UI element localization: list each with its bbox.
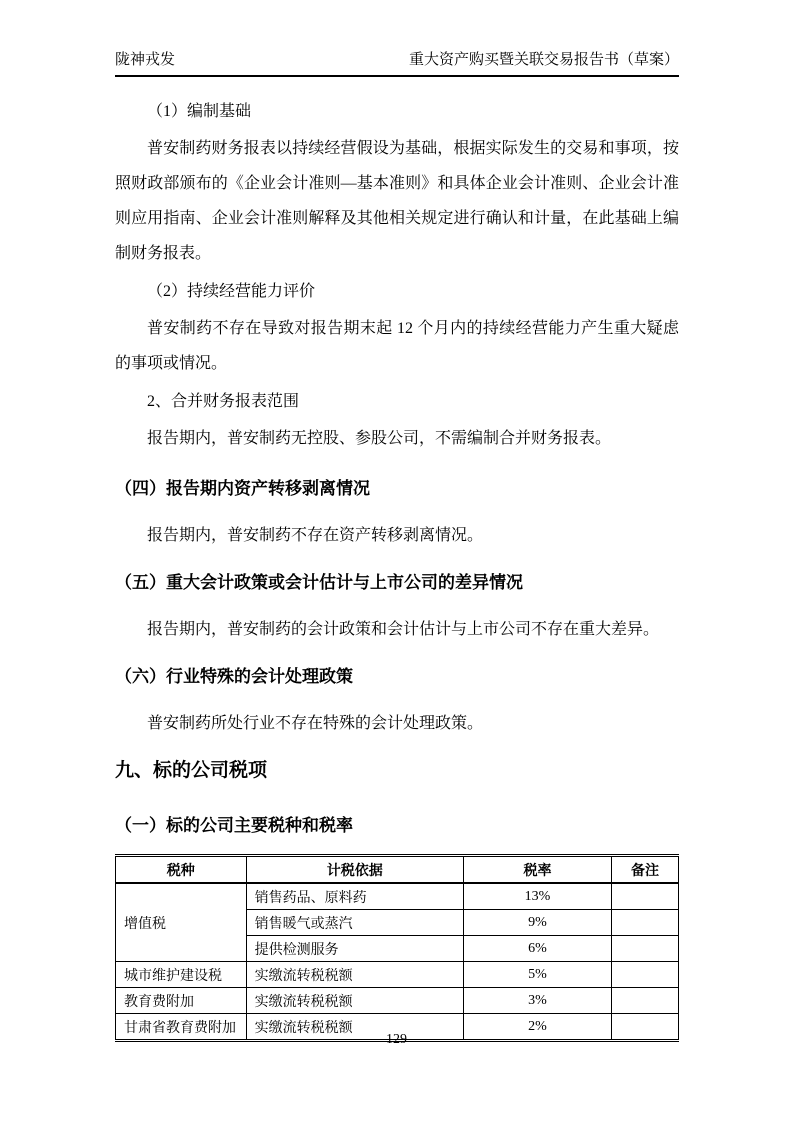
tax-rate-table: 税种 计税依据 税率 备注 增值税 销售药品、原料药 13% 销售暖气或蒸汽 9… xyxy=(115,854,679,1042)
cell-note xyxy=(611,962,678,988)
header-report-title: 重大资产购买暨关联交易报告书（草案） xyxy=(409,50,679,70)
page-number: 129 xyxy=(0,1032,793,1048)
cell-rate: 6% xyxy=(463,936,611,962)
heading-section4: （四）报告期内资产转移剥离情况 xyxy=(115,476,679,502)
heading-item3: 2、合并财务报表范围 xyxy=(115,384,679,419)
cell-rate: 13% xyxy=(463,883,611,910)
paragraph-section5: 报告期内，普安制药的会计政策和会计估计与上市公司不存在重大差异。 xyxy=(115,612,679,647)
header-company-name: 陇神戎发 xyxy=(115,50,175,70)
cell-note xyxy=(611,910,678,936)
table-row: 增值税 销售药品、原料药 13% xyxy=(116,883,679,910)
paragraph-item3: 报告期内，普安制药无控股、参股公司，不需编制合并财务报表。 xyxy=(115,421,679,456)
col-header-note: 备注 xyxy=(611,856,678,884)
paragraph-item1: 普安制药财务报表以持续经营假设为基础，根据实际发生的交易和事项，按照财政部颁布的… xyxy=(115,131,679,271)
heading-section6: （六）行业特殊的会计处理政策 xyxy=(115,664,679,690)
cell-basis: 实缴流转税税额 xyxy=(246,988,463,1014)
paragraph-section6: 普安制药所处行业不存在特殊的会计处理政策。 xyxy=(115,706,679,741)
cell-note xyxy=(611,883,678,910)
paragraph-section4: 报告期内，普安制药不存在资产转移剥离情况。 xyxy=(115,518,679,553)
heading-item2: （2）持续经营能力评价 xyxy=(115,274,679,309)
heading-item1: （1）编制基础 xyxy=(115,94,679,129)
cell-tax-type: 教育费附加 xyxy=(116,988,247,1014)
cell-basis: 提供检测服务 xyxy=(246,936,463,962)
cell-rate: 9% xyxy=(463,910,611,936)
heading-chapter9: 九、标的公司税项 xyxy=(115,756,679,786)
document-page: 陇神戎发 重大资产购买暨关联交易报告书（草案） （1）编制基础 普安制药财务报表… xyxy=(0,0,793,1122)
cell-tax-type: 增值税 xyxy=(116,883,247,962)
cell-tax-type: 城市维护建设税 xyxy=(116,962,247,988)
cell-rate: 3% xyxy=(463,988,611,1014)
table-header-row: 税种 计税依据 税率 备注 xyxy=(116,856,679,884)
col-header-tax-type: 税种 xyxy=(116,856,247,884)
cell-basis: 销售药品、原料药 xyxy=(246,883,463,910)
cell-note xyxy=(611,936,678,962)
paragraph-item2: 普安制药不存在导致对报告期末起 12 个月内的持续经营能力产生重大疑虑的事项或情… xyxy=(115,311,679,381)
heading-chapter9-sub1: （一）标的公司主要税种和税率 xyxy=(115,813,679,839)
cell-rate: 5% xyxy=(463,962,611,988)
cell-basis: 实缴流转税税额 xyxy=(246,962,463,988)
cell-note xyxy=(611,988,678,1014)
running-header: 陇神戎发 重大资产购买暨关联交易报告书（草案） xyxy=(115,50,679,77)
table-row: 教育费附加 实缴流转税税额 3% xyxy=(116,988,679,1014)
col-header-basis: 计税依据 xyxy=(246,856,463,884)
cell-basis: 销售暖气或蒸汽 xyxy=(246,910,463,936)
col-header-rate: 税率 xyxy=(463,856,611,884)
heading-section5: （五）重大会计政策或会计估计与上市公司的差异情况 xyxy=(115,570,679,596)
table-row: 城市维护建设税 实缴流转税税额 5% xyxy=(116,962,679,988)
